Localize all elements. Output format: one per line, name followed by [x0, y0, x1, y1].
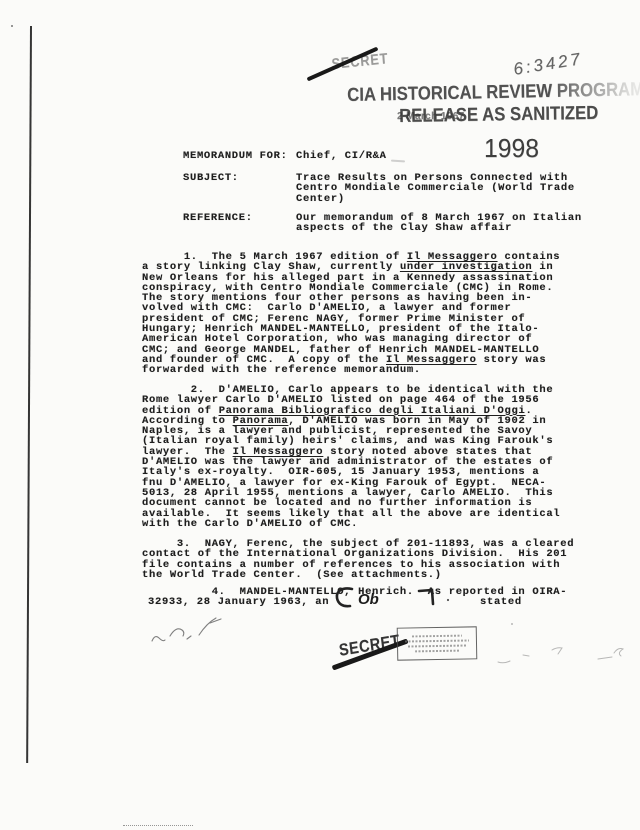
text-line: the World Trade Center. (See attachments… [142, 570, 574, 580]
text-line: aspects of the Clay Shaw affair [296, 223, 582, 233]
memo-for-value: Chief, CI/R&A [296, 151, 387, 161]
memo-page: SECRET 2 March 1967 CIA HISTORICAL REVIE… [0, 0, 640, 830]
pencil-dot [447, 599, 449, 601]
year-stamp: 1998 [484, 135, 539, 161]
illegible-stamp-line [415, 649, 459, 652]
reference-value: Our memorandum of 8 March 1967 on Italia… [296, 213, 582, 234]
subject-label: SUBJECT: [183, 173, 239, 183]
pencil-scribble-left [152, 618, 221, 641]
illegible-stamp-line [408, 644, 466, 648]
pencil-smudge [391, 160, 405, 163]
paragraph-2: 2. D'AMELIO, Carlo appears to be identic… [142, 385, 560, 529]
text-line: with the Carlo D'AMELIO of CMC. [142, 519, 560, 529]
reference-label: REFERENCE: [183, 213, 253, 223]
paragraph-4-line2-suffix: stated [480, 597, 522, 607]
routing-stamp-box [397, 626, 478, 660]
page-bottom-dashed-line [123, 825, 193, 826]
scan-speck [11, 25, 13, 27]
paragraph-3: 3. NAGY, Ferenc, the subject of 201-1189… [142, 539, 574, 580]
scan-edge-artifact [26, 26, 32, 763]
pencil-marks-right [498, 623, 623, 663]
illegible-stamp-line [405, 639, 469, 643]
release-sanitized-stamp: RELEASE AS SANITIZED [399, 103, 598, 128]
memo-for-label: MEMORANDUM FOR: [183, 151, 288, 161]
illegible-stamp-line [412, 634, 462, 637]
text-line: Center) [296, 194, 575, 204]
text-line: forwarded with the reference memorandum. [142, 365, 560, 375]
paragraph-4-line2-prefix: 32933, 28 January 1963, an [148, 597, 329, 607]
handwritten-number: 6:3427 [512, 49, 584, 80]
subject-value: Trace Results on Persons Connected withC… [296, 173, 575, 204]
paragraph-1: 1. The 5 March 1967 edition of Il Messag… [142, 252, 560, 376]
